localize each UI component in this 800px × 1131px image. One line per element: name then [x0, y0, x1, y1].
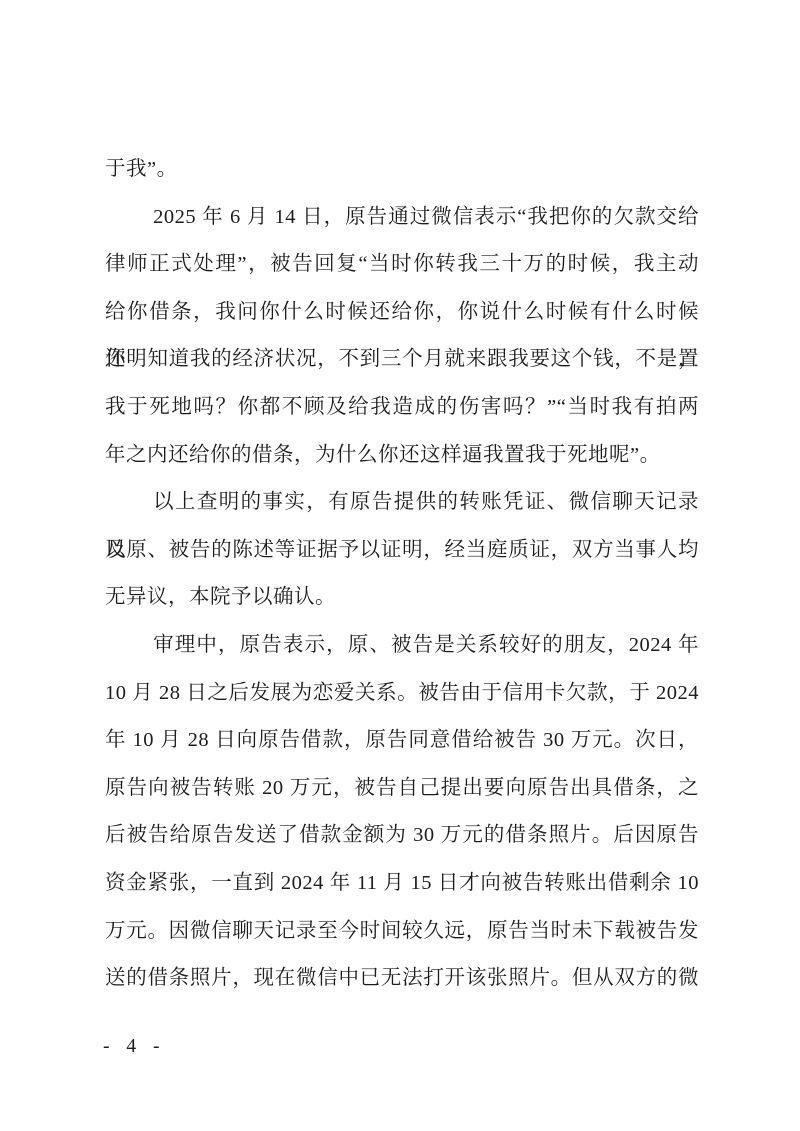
document-page: 于我”。2025 年 6 月 14 日，原告通过微信表示“我把你的欠款交给律师正…	[0, 0, 800, 1131]
text-line: 送的借条照片，现在微信中已无法打开该张照片。但从双方的微	[105, 955, 699, 1003]
text-line: 万元。因微信聊天记录至今时间较久远，原告当时未下载被告发	[105, 908, 699, 956]
text-line: 2025 年 6 月 14 日，原告通过微信表示“我把你的欠款交给	[105, 194, 699, 242]
text-line: 律师正式处理”，被告回复“当时你转我三十万的时候，我主动	[105, 241, 699, 289]
text-line: 原告向被告转账 20 万元，被告自己提出要向原告出具借条，之	[105, 765, 699, 813]
text-line: 10 月 28 日之后发展为恋爱关系。被告由于信用卡欠款，于 2024	[105, 670, 699, 718]
text-line: 资金紧张，一直到 2024 年 11 月 15 日才向被告转账出借剩余 10	[105, 860, 699, 908]
text-line: 年 10 月 28 日向原告借款，原告同意借给被告 30 万元。次日，	[105, 717, 699, 765]
text-line: 给你借条，我问你什么时候还给你，你说什么时候有什么时候还，	[105, 289, 699, 337]
text-line: 后被告给原告发送了借款金额为 30 万元的借条照片。后因原告	[105, 812, 699, 860]
text-line: 年之内还给你的借条，为什么你还这样逼我置我于死地呢”。	[105, 432, 699, 480]
text-line: 无异议，本院予以确认。	[105, 574, 699, 622]
body-text: 于我”。2025 年 6 月 14 日，原告通过微信表示“我把你的欠款交给律师正…	[105, 146, 699, 1003]
text-line: 于我”。	[105, 146, 699, 194]
page-number-label: - 4 -	[103, 1031, 163, 1063]
text-line: 我于死地吗？你都不顾及给我造成的伤害吗？”“当时我有拍两	[105, 384, 699, 432]
text-line: 你明知道我的经济状况，不到三个月就来跟我要这个钱，不是置	[105, 336, 699, 384]
text-line: 审理中，原告表示，原、被告是关系较好的朋友，2024 年	[105, 622, 699, 670]
text-line: 及原、被告的陈述等证据予以证明，经当庭质证，双方当事人均	[105, 527, 699, 575]
text-line: 以上查明的事实，有原告提供的转账凭证、微信聊天记录以	[105, 479, 699, 527]
